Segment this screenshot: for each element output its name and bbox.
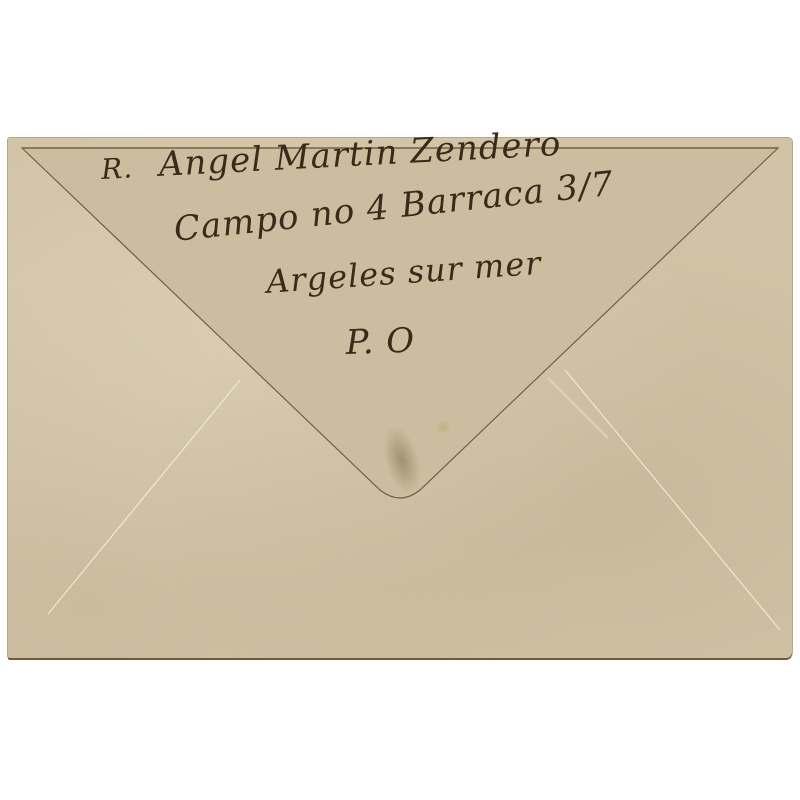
left-fold-line bbox=[48, 380, 240, 614]
sender-prefix: R. bbox=[100, 151, 134, 186]
stain-mark-small bbox=[435, 420, 451, 434]
right-fold-line bbox=[565, 370, 780, 630]
sender-region-line: P. O bbox=[345, 321, 416, 363]
